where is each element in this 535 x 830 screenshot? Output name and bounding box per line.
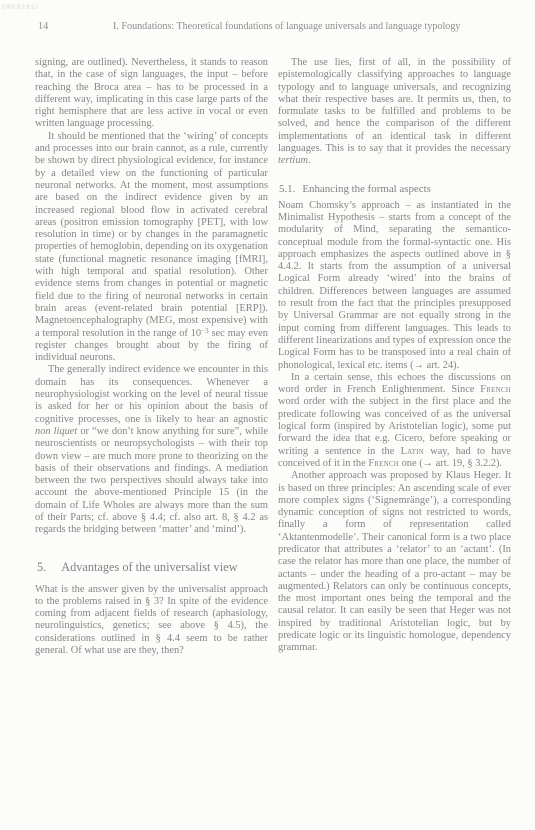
paragraph: Another approach was proposed by Klaus H… xyxy=(278,470,511,654)
section-title: Advantages of the universalist view xyxy=(61,560,237,574)
scanned-book-page: { "scan_mark": "0809285I", "header": { "… xyxy=(0,0,535,830)
text-columns: signing, are outlined). Nevertheless, it… xyxy=(35,57,511,657)
paragraph: In a certain sense, this echoes the disc… xyxy=(278,372,511,470)
paragraph: What is the answer given by the universa… xyxy=(35,584,268,658)
column-right: The use lies, first of all, in the possi… xyxy=(278,57,511,657)
section-heading: 5.1.Enhancing the formal aspects xyxy=(279,183,511,196)
paragraph: Noam Chomsky’s approach – as instantiate… xyxy=(278,200,511,372)
scan-artifact-mark: 0809285I xyxy=(2,4,39,11)
section-title: Enhancing the formal aspects xyxy=(302,183,431,195)
running-title: I. Foundations: Theoretical foundations … xyxy=(113,21,513,32)
paragraph: signing, are outlined). Nevertheless, it… xyxy=(35,57,268,131)
section-number: 5. xyxy=(37,560,46,574)
section-number: 5.1. xyxy=(279,183,295,195)
running-header: 14 I. Foundations: Theoretical foundatio… xyxy=(0,21,535,35)
page-number: 14 xyxy=(38,21,48,32)
section-heading: 5.Advantages of the universalist view xyxy=(37,560,268,574)
paragraph: It should be mentioned that the ‘wiring’… xyxy=(35,131,268,365)
paragraph: The generally indirect evidence we encou… xyxy=(35,364,268,536)
column-left: signing, are outlined). Nevertheless, it… xyxy=(35,57,268,657)
paragraph: The use lies, first of all, in the possi… xyxy=(278,57,511,168)
